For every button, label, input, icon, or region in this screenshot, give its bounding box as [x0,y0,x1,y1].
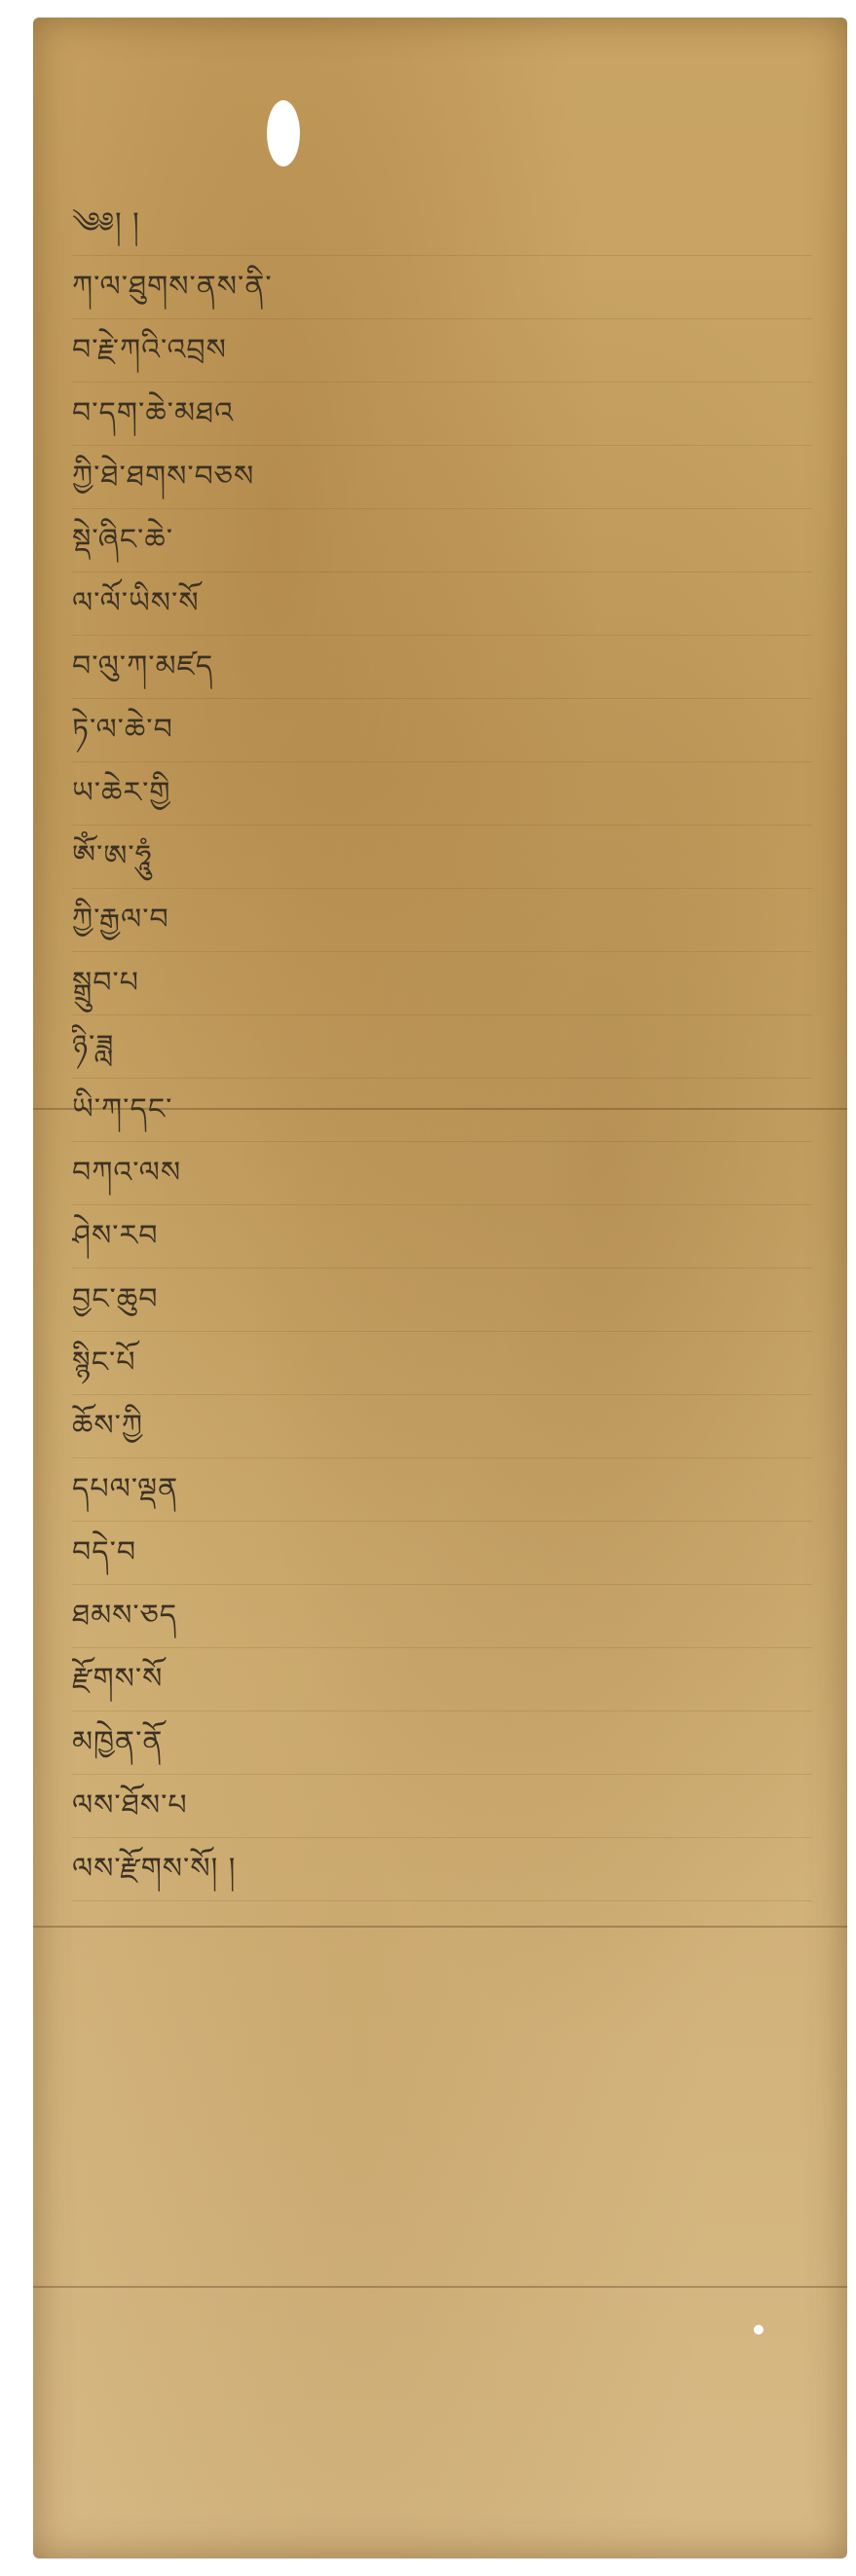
text-line: ཀྱི་རྒྱལ་བ [72,889,812,952]
fold-crease [33,2286,847,2288]
text-line: ཨོཾ་ཨ་ཧཱུཾ [72,826,812,889]
text-line: ཀྱི་ཐེ་ཐགས་བཅས [72,446,812,509]
text-line: རྫོགས་སོ [72,1648,812,1711]
text-line: ལ་ལོ་ཡིས་སོ [72,572,812,636]
text-line: མཁྱེན་ནོ [72,1711,812,1775]
text-line: ལས་ཐོས་པ [72,1775,812,1838]
text-line: ཐམས་ཅད [72,1585,812,1648]
text-line: ཤེས་རབ [72,1205,812,1269]
text-line: ཀ་ལ་ཐུགས་ནས་ནི་ [72,256,812,319]
text-line: བ་ལུ་ཀ་མཛད [72,636,812,699]
small-hole [754,2325,763,2335]
manuscript-leaf: ༄༅། ། ཀ་ལ་ཐུགས་ནས་ནི་ བ་རྗེ་ཀའི་འབྲས བ་ད… [33,18,847,2558]
text-line: ལས་རྫོགས་སོ། ། [72,1838,812,1901]
text-line: དཔལ་ལྡན [72,1458,812,1522]
text-line: ཆོས་ཀྱི [72,1395,812,1458]
text-line: བ་རྗེ་ཀའི་འབྲས [72,319,812,383]
manuscript-text: ༄༅། ། ཀ་ལ་ཐུགས་ནས་ནི་ བ་རྗེ་ཀའི་འབྲས བ་ད… [72,193,812,1901]
text-line: བྱང་ཆུབ [72,1269,812,1332]
text-line: ཡི་ཀ་དང་ [72,1079,812,1142]
text-line: བ་དག་ཆེ་མཐའ [72,383,812,446]
text-line: བདེ་བ [72,1522,812,1585]
text-line: བཀའ་ལས [72,1142,812,1205]
fold-crease [33,1926,847,1928]
text-line: སྙིང་པོ [72,1332,812,1395]
text-line: ཏེ་ལ་ཆེ་བ [72,699,812,762]
text-line: ཡ་ཆེར་གྱི [72,762,812,826]
binding-hole [267,100,300,166]
text-line: ཉི་ཟླ [72,1015,812,1079]
text-line: སྡེ་ཞིང་ཆེ་ [72,509,812,572]
text-line: སྒྲུབ་པ [72,952,812,1015]
text-line: ༄༅། ། [72,193,812,256]
